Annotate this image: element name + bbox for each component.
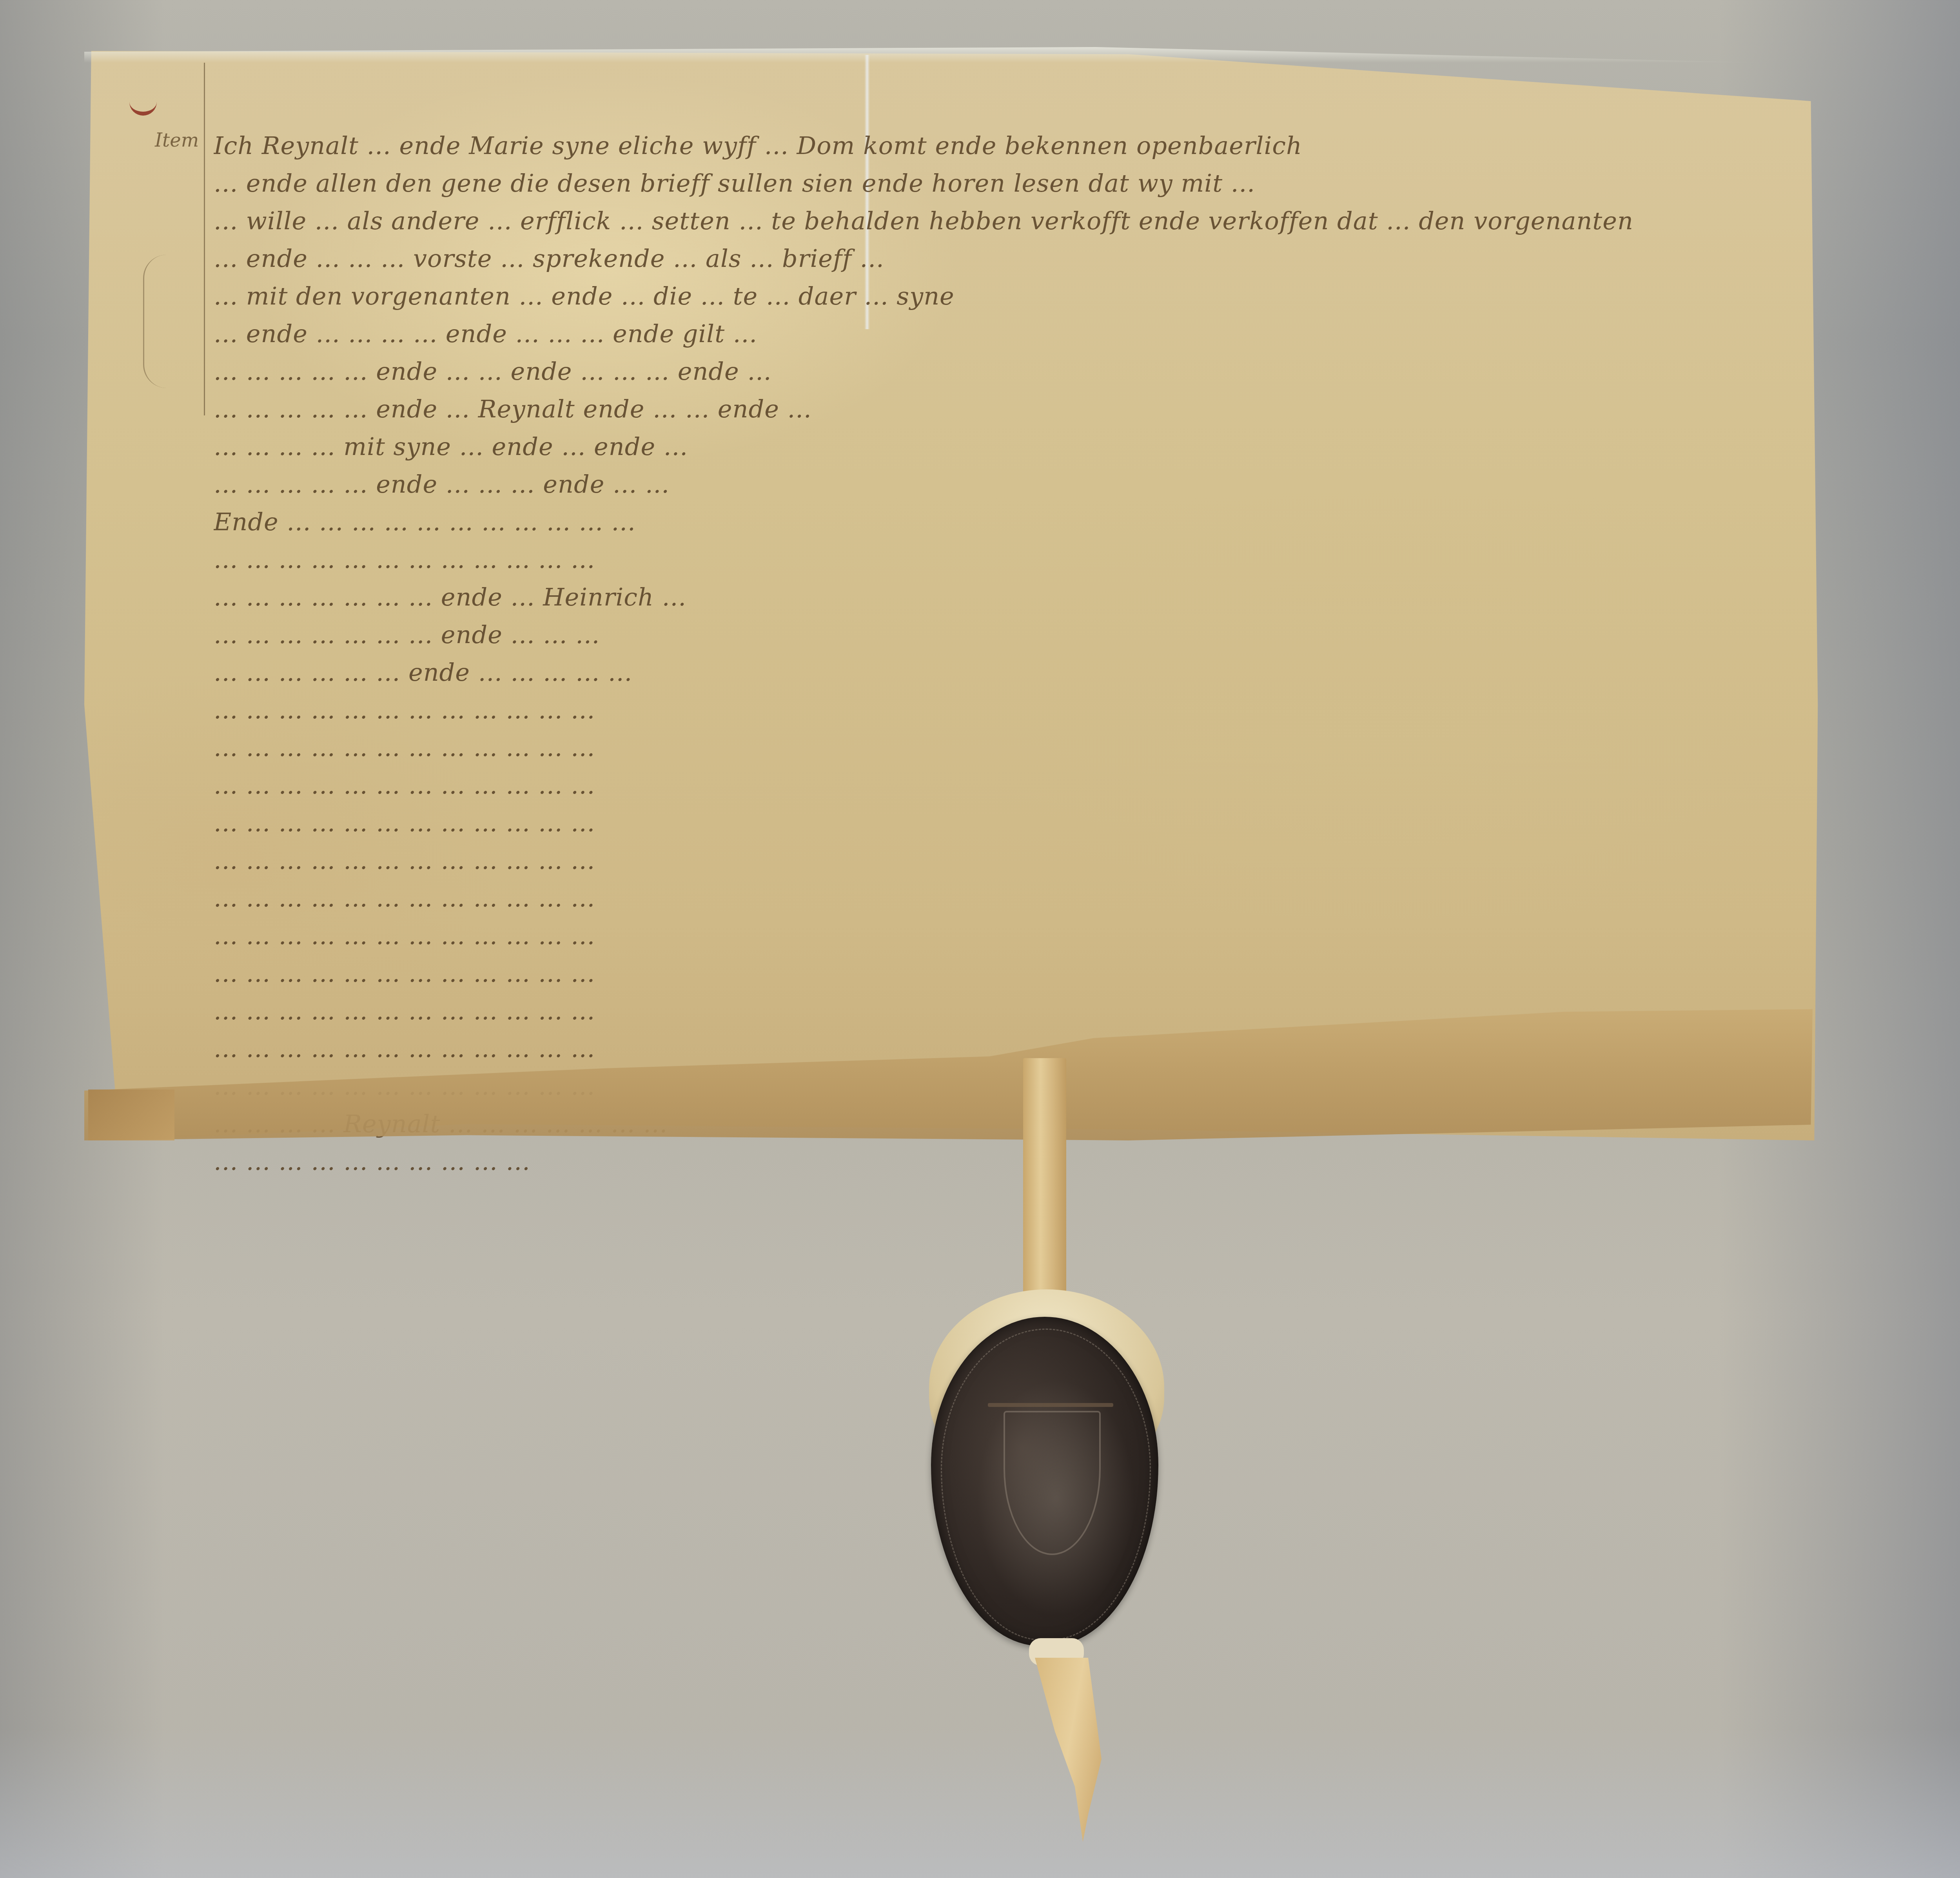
text-line: ... ... ... ... ... ... ... ... ... ... … <box>214 808 1782 846</box>
text-line: ... ... ... ... ... ... ... ende ... Hei… <box>214 583 1782 620</box>
margin-rule <box>204 63 205 415</box>
text-line: ... ... ... ... ... ende ... ... ... end… <box>214 470 1782 508</box>
text-line: ... ende allen den gene die desen brieff… <box>214 169 1782 207</box>
text-line: ... ... ... ... ... ... ende ... ... ...… <box>214 658 1782 696</box>
text-line: ... ... ... ... ... ende ... Reynalt end… <box>214 395 1782 432</box>
text-line: ... ... ... ... ... ... ... ... ... ... … <box>214 696 1782 733</box>
margin-note: Item <box>155 129 199 151</box>
text-line: ... ... ... ... ... ende ... ... ende ..… <box>214 357 1782 395</box>
text-line: ... ... ... ... ... ... ... ... ... ... … <box>214 545 1782 583</box>
text-line: ... ... ... ... ... ... ... ... ... ... <box>214 1147 1782 1185</box>
text-line: ... ... ... ... ... ... ... ... ... ... … <box>214 733 1782 771</box>
text-line: ... ... ... ... ... ... ... ... ... ... … <box>214 884 1782 921</box>
text-line: Ich Reynalt ... ende Marie syne eliche w… <box>214 131 1782 169</box>
display-case-glare <box>0 1729 1960 1878</box>
text-line: ... ... ... ... ... ... ... ... ... ... … <box>214 846 1782 884</box>
parchment-seal-tag <box>1023 1058 1066 1317</box>
text-line: ... ... ... ... ... ... ... ... ... ... … <box>214 771 1782 808</box>
text-line: ... wille ... als andere ... erfflick ..… <box>214 207 1782 244</box>
text-line: ... ... ... ... ... ... ... ... ... ... … <box>214 921 1782 959</box>
seal-crossbar <box>988 1403 1113 1407</box>
text-line: Ende ... ... ... ... ... ... ... ... ...… <box>214 508 1782 545</box>
text-line: ... ende ... ... ... ... ende ... ... ..… <box>214 319 1782 357</box>
margin-flourish <box>143 255 180 388</box>
text-line: ... ... ... ... mit syne ... ende ... en… <box>214 432 1782 470</box>
text-line: ... ... ... ... ... ... ... ende ... ...… <box>214 620 1782 658</box>
conservation-mesh-edge <box>84 47 1770 63</box>
corner-fold <box>88 1089 174 1140</box>
text-line: ... ... ... ... ... ... ... ... ... ... … <box>214 959 1782 997</box>
text-line: ... mit den vorgenanten ... ende ... die… <box>214 282 1782 319</box>
text-line: ... ende ... ... ... vorste ... sprekend… <box>214 244 1782 282</box>
